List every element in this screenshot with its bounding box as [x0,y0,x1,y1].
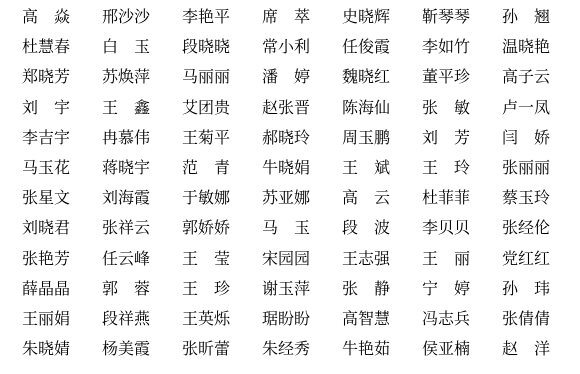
given-name-glyph: 静 [374,277,390,301]
full-name-text: 任俊霞 [342,35,390,59]
roster-name-cell: 孙翘 [502,5,550,29]
roster-name-cell: 史晓辉 [342,5,390,29]
roster-name-cell: 马玉 [262,216,310,240]
full-name-text: 谢玉萍 [262,277,310,301]
roster-name-cell: 薛晶晶 [22,277,70,301]
full-name-text: 蔡玉玲 [502,186,550,210]
roster-name-cell: 孙玮 [502,277,550,301]
full-name-text: 牛艳茹 [342,337,390,361]
full-name-text: 杨美霞 [102,337,150,361]
roster-name-cell: 赵洋 [502,337,550,361]
full-name-text: 冉慕伟 [102,126,150,150]
full-name-text: 邢沙沙 [102,5,150,29]
given-name-glyph: 玉 [294,216,310,240]
surname-glyph: 刘 [422,126,438,150]
roster-name-cell: 王玲 [422,156,470,180]
roster-name-cell: 陈海仙 [342,96,390,120]
roster-name-cell: 范青 [182,156,230,180]
given-name-glyph: 洋 [534,337,550,361]
roster-name-cell: 靳琴琴 [422,5,470,29]
roster-name-cell: 张艳芳 [22,247,70,271]
surname-glyph: 王 [182,247,198,271]
roster-name-cell: 侯亚楠 [422,337,470,361]
roster-name-cell: 马玉花 [22,156,70,180]
roster-name-cell: 董平珍 [422,65,470,89]
roster-name-cell: 杜菲菲 [422,186,470,210]
full-name-text: 宋园园 [262,247,310,271]
full-name-text: 卢一凤 [502,96,550,120]
roster-name-cell: 段祥燕 [102,307,150,331]
roster-name-cell: 高智慧 [342,307,390,331]
full-name-text: 马玉花 [22,156,70,180]
roster-name-cell: 牛晓娟 [262,156,310,180]
roster-name-cell: 任俊霞 [342,35,390,59]
roster-name-cell: 杨美霞 [102,337,150,361]
full-name-text: 赵张晋 [262,96,310,120]
given-name-glyph: 斌 [374,156,390,180]
roster-name-cell: 于敏娜 [182,186,230,210]
given-name-glyph: 玉 [134,35,150,59]
full-name-text: 杜慧春 [22,35,70,59]
surname-glyph: 高 [22,5,38,29]
roster-name-cell: 王鑫 [102,96,150,120]
surname-glyph: 张 [342,277,358,301]
full-name-text: 侯亚楠 [422,337,470,361]
roster-name-cell: 朱经秀 [262,337,310,361]
roster-name-cell: 高云 [342,186,390,210]
roster-name-cell: 任云峰 [102,247,150,271]
roster-name-cell: 邢沙沙 [102,5,150,29]
full-name-text: 苏亚娜 [262,186,310,210]
full-name-text: 靳琴琴 [422,5,470,29]
given-name-glyph: 珍 [214,277,230,301]
given-name-glyph: 翘 [534,5,550,29]
roster-name-cell: 马丽丽 [182,65,230,89]
given-name-glyph: 蓉 [134,277,150,301]
surname-glyph: 高 [342,186,358,210]
given-name-glyph: 焱 [54,5,70,29]
roster-name-cell: 刘宇 [22,96,70,120]
roster-name-cell: 王斌 [342,156,390,180]
roster-name-cell: 潘婷 [262,65,310,89]
full-name-text: 薛晶晶 [22,277,70,301]
roster-name-cell: 张丽丽 [502,156,550,180]
full-name-text: 张艳芳 [22,247,70,271]
roster-name-cell: 冉慕伟 [102,126,150,150]
roster-name-cell: 郭娇娇 [182,216,230,240]
surname-glyph: 白 [102,35,118,59]
roster-name-cell: 王丽 [422,247,470,271]
roster-name-cell: 李如竹 [422,35,470,59]
roster-name-cell: 张静 [342,277,390,301]
surname-glyph: 段 [342,216,358,240]
given-name-glyph: 丽 [454,247,470,271]
roster-name-cell: 琚盼盼 [262,307,310,331]
full-name-text: 周玉鹏 [342,126,390,150]
roster-name-cell: 张经伦 [502,216,550,240]
full-name-text: 党红红 [502,247,550,271]
full-name-text: 郝晓玲 [262,126,310,150]
roster-name-cell: 王菊平 [182,126,230,150]
roster-name-cell: 刘芳 [422,126,470,150]
roster-name-cell: 王莹 [182,247,230,271]
full-name-text: 杜菲菲 [422,186,470,210]
roster-name-cell: 刘晓君 [22,216,70,240]
full-name-text: 王菊平 [182,126,230,150]
roster-name-cell: 张倩倩 [502,307,550,331]
given-name-glyph: 萃 [294,5,310,29]
surname-glyph: 王 [422,156,438,180]
full-name-text: 张丽丽 [502,156,550,180]
full-name-text: 张倩倩 [502,307,550,331]
roster-name-cell: 宁婷 [422,277,470,301]
surname-glyph: 刘 [22,96,38,120]
full-name-text: 段晓晓 [182,35,230,59]
full-name-text: 常小利 [262,35,310,59]
full-name-text: 于敏娜 [182,186,230,210]
roster-name-cell: 高焱 [22,5,70,29]
roster-name-cell: 郝晓玲 [262,126,310,150]
roster-name-cell: 杜慧春 [22,35,70,59]
roster-name-cell: 张昕蕾 [182,337,230,361]
full-name-text: 郭娇娇 [182,216,230,240]
roster-name-cell: 常小利 [262,35,310,59]
surname-glyph: 王 [422,247,438,271]
roster-name-cell: 蒋晓宇 [102,156,150,180]
given-name-glyph: 鑫 [134,96,150,120]
surname-glyph: 潘 [262,65,278,89]
full-name-text: 陈海仙 [342,96,390,120]
given-name-glyph: 玲 [454,156,470,180]
full-name-text: 段祥燕 [102,307,150,331]
roster-name-cell: 张敏 [422,96,470,120]
surname-glyph: 席 [262,5,278,29]
roster-name-cell: 艾团贵 [182,96,230,120]
full-name-text: 刘海霞 [102,186,150,210]
full-name-text: 李如竹 [422,35,470,59]
roster-name-cell: 苏亚娜 [262,186,310,210]
given-name-glyph: 玮 [534,277,550,301]
roster-name-cell: 李吉宇 [22,126,70,150]
full-name-text: 王英烁 [182,307,230,331]
roster-name-cell: 冯志兵 [422,307,470,331]
given-name-glyph: 婷 [294,65,310,89]
roster-name-cell: 白玉 [102,35,150,59]
roster-name-cell: 李艳平 [182,5,230,29]
full-name-text: 蒋晓宇 [102,156,150,180]
roster-name-cell: 蔡玉玲 [502,186,550,210]
roster-name-cell: 郑晓芳 [22,65,70,89]
given-name-glyph: 敏 [454,96,470,120]
surname-glyph: 王 [182,277,198,301]
given-name-glyph: 婷 [454,277,470,301]
roster-name-cell: 王志强 [342,247,390,271]
full-name-text: 张星文 [22,186,70,210]
roster-name-cell: 郭蓉 [102,277,150,301]
roster-name-cell: 张祥云 [102,216,150,240]
full-name-text: 张经伦 [502,216,550,240]
roster-name-cell: 谢玉萍 [262,277,310,301]
full-name-text: 李贝贝 [422,216,470,240]
surname-glyph: 张 [422,96,438,120]
roster-name-cell: 王丽娟 [22,307,70,331]
full-name-text: 张昕蕾 [182,337,230,361]
surname-glyph: 王 [342,156,358,180]
roster-name-cell: 卢一凤 [502,96,550,120]
surname-glyph: 孙 [502,277,518,301]
surname-glyph: 赵 [502,337,518,361]
full-name-text: 史晓辉 [342,5,390,29]
full-name-text: 马丽丽 [182,65,230,89]
roster-name-cell: 周玉鹏 [342,126,390,150]
full-name-text: 高智慧 [342,307,390,331]
roster-name-cell: 王珍 [182,277,230,301]
roster-name-cell: 王英烁 [182,307,230,331]
given-name-glyph: 宇 [54,96,70,120]
roster-name-cell: 李贝贝 [422,216,470,240]
surname-glyph: 王 [102,96,118,120]
full-name-text: 张祥云 [102,216,150,240]
roster-name-cell: 段晓晓 [182,35,230,59]
full-name-text: 朱经秀 [262,337,310,361]
full-name-text: 李艳平 [182,5,230,29]
full-name-text: 郑晓芳 [22,65,70,89]
full-name-text: 王丽娟 [22,307,70,331]
roster-name-cell: 赵张晋 [262,96,310,120]
full-name-text: 李吉宇 [22,126,70,150]
full-name-text: 牛晓娟 [262,156,310,180]
given-name-glyph: 青 [214,156,230,180]
full-name-text: 苏焕萍 [102,65,150,89]
full-name-text: 刘晓君 [22,216,70,240]
roster-name-cell: 魏晓红 [342,65,390,89]
roster-name-cell: 宋园园 [262,247,310,271]
surname-glyph: 宁 [422,277,438,301]
surname-glyph: 范 [182,156,198,180]
full-name-text: 艾团贵 [182,96,230,120]
full-name-text: 冯志兵 [422,307,470,331]
given-name-glyph: 莹 [214,247,230,271]
full-name-text: 高子云 [502,65,550,89]
roster-name-cell: 朱晓婧 [22,337,70,361]
full-name-text: 魏晓红 [342,65,390,89]
roster-name-cell: 党红红 [502,247,550,271]
given-name-glyph: 芳 [454,126,470,150]
full-name-text: 任云峰 [102,247,150,271]
roster-name-cell: 张星文 [22,186,70,210]
name-roster-grid: 高焱邢沙沙李艳平席萃史晓辉靳琴琴孙翘杜慧春白玉段晓晓常小利任俊霞李如竹温晓艳郑晓… [22,5,580,367]
roster-name-cell: 闫娇 [502,126,550,150]
roster-name-cell: 牛艳茹 [342,337,390,361]
roster-name-cell: 苏焕萍 [102,65,150,89]
given-name-glyph: 云 [374,186,390,210]
roster-name-cell: 高子云 [502,65,550,89]
surname-glyph: 孙 [502,5,518,29]
roster-name-cell: 温晓艳 [502,35,550,59]
full-name-text: 王志强 [342,247,390,271]
full-name-text: 董平珍 [422,65,470,89]
surname-glyph: 马 [262,216,278,240]
full-name-text: 朱晓婧 [22,337,70,361]
surname-glyph: 郭 [102,277,118,301]
roster-name-cell: 刘海霞 [102,186,150,210]
full-name-text: 温晓艳 [502,35,550,59]
roster-name-cell: 席萃 [262,5,310,29]
given-name-glyph: 波 [374,216,390,240]
full-name-text: 琚盼盼 [262,307,310,331]
roster-name-cell: 段波 [342,216,390,240]
given-name-glyph: 娇 [534,126,550,150]
surname-glyph: 闫 [502,126,518,150]
